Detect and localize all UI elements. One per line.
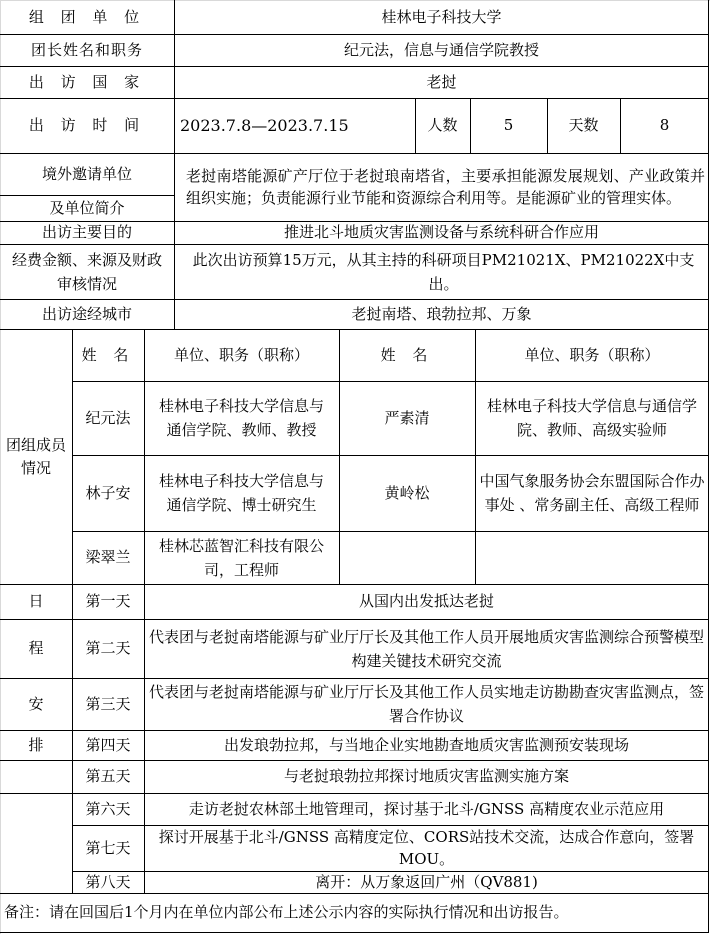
footer-note: 备注：请在回国后1个月内在单位内部公布上述公示内容的实际执行情况和出访报告。 — [0, 893, 709, 932]
member-unit: 桂林芯蓝智汇科技有限公司，工程师 — [144, 531, 339, 584]
member-unit-header-b: 单位、职务（职称） — [475, 329, 709, 381]
schedule-activity: 与老挝琅勃拉邦探讨地质灾害监测实施方案 — [144, 760, 709, 793]
cities-value: 老挝南塔、琅勃拉邦、万象 — [174, 299, 709, 329]
schedule-side-label: 安 — [0, 678, 72, 730]
member-name — [339, 531, 475, 584]
grid-line — [708, 0, 709, 933]
country-value: 老挝 — [174, 66, 709, 98]
grid-line — [0, 619, 709, 620]
member-name: 黄岭松 — [339, 455, 475, 531]
grid-line — [0, 932, 709, 933]
grid-line — [72, 329, 73, 893]
schedule-activity: 走访老挝农林部土地管理司，探讨基于北斗/GNSS 高精度农业示范应用 — [144, 793, 709, 825]
grid-line — [0, 678, 709, 679]
funding-label: 经费金额、来源及财政审核情况 — [0, 244, 174, 299]
grid-line — [72, 871, 709, 872]
schedule-activity: 从国内出发抵达老挝 — [144, 584, 709, 619]
schedule-day-label: 第三天 — [72, 678, 144, 730]
member-name: 严素清 — [339, 381, 475, 455]
schedule-activity: 离开：从万象返回广州（QV881) — [144, 871, 709, 893]
grid-line — [0, 195, 174, 196]
member-name: 纪元法 — [72, 381, 144, 455]
grid-line — [0, 244, 709, 245]
schedule-day-label: 第五天 — [72, 760, 144, 793]
schedule-side-label: 日 — [0, 584, 72, 619]
grid-line — [72, 455, 709, 456]
grid-line — [0, 893, 709, 894]
cities-label: 出访途经城市 — [0, 299, 174, 329]
days-count-label: 天数 — [547, 98, 620, 153]
member-unit: 中国气象服务协会东盟国际合作办事处 、常务副主任、高级工程师 — [475, 455, 709, 531]
grid-line — [0, 299, 709, 300]
grid-line — [0, 793, 709, 794]
inviter-value: 老挝南塔能源矿产厅位于老挝琅南塔省，主要承担能源发展规划、产业政策并组织实施；负… — [174, 153, 709, 221]
schedule-activity: 探讨开展基于北斗/GNSS 高精度定位、CORS站技术交流，达成合作意向，签署M… — [144, 825, 709, 871]
visit-time-value: 2023.7.8—2023.7.15 — [174, 98, 415, 153]
grid-line — [0, 329, 709, 330]
schedule-side-label: 程 — [0, 619, 72, 678]
leader-value: 纪元法，信息与通信学院教授 — [174, 34, 709, 66]
grid-line — [415, 98, 416, 153]
purpose-value: 推进北斗地质灾害监测设备与系统科研合作应用 — [174, 221, 709, 244]
schedule-day-label: 第七天 — [72, 825, 144, 871]
member-unit — [475, 531, 709, 584]
member-unit: 桂林电子科技大学信息与通信学院、教师、高级实验师 — [475, 381, 709, 455]
grid-line — [72, 531, 709, 532]
grid-line — [0, 760, 709, 761]
inviter-label-line1: 境外邀请单位 — [0, 153, 174, 195]
funding-value: 此次出访预算15万元，从其主持的科研项目PM21021X、PM21022X中支出… — [174, 244, 709, 299]
member-name-header-b: 姓 名 — [339, 329, 475, 381]
schedule-day-label: 第二天 — [72, 619, 144, 678]
grid-line — [620, 98, 621, 153]
org-unit-label: 组 团 单 位 — [0, 0, 174, 34]
org-unit-value: 桂林电子科技大学 — [174, 0, 709, 34]
grid-line — [0, 221, 709, 222]
grid-line — [174, 0, 175, 329]
people-count-value: 5 — [470, 98, 547, 153]
people-count-label: 人数 — [415, 98, 470, 153]
member-unit: 桂林电子科技大学信息与通信学院、教师、教授 — [144, 381, 339, 455]
grid-line — [144, 329, 145, 893]
member-name: 林子安 — [72, 455, 144, 531]
grid-line — [0, 66, 709, 67]
grid-line — [547, 98, 548, 153]
member-name-header-a: 姓 名 — [72, 329, 144, 381]
grid-line — [339, 329, 340, 584]
member-unit: 桂林电子科技大学信息与通信学院、博士研究生 — [144, 455, 339, 531]
inviter-label-line2: 及单位简介 — [0, 195, 174, 221]
grid-line — [72, 825, 709, 826]
grid-line — [0, 34, 709, 35]
grid-line — [470, 98, 471, 153]
schedule-activity: 代表团与老挝南塔能源与矿业厅厅长及其他工作人员开展地质灾害监测综合预警模型构建关… — [144, 619, 709, 678]
schedule-day-label: 第四天 — [72, 730, 144, 760]
member-unit-header-a: 单位、职务（职称） — [144, 329, 339, 381]
schedule-day-label: 第八天 — [72, 871, 144, 893]
visit-time-label: 出 访 时 间 — [0, 98, 174, 153]
schedule-activity: 代表团与老挝南塔能源与矿业厅厅长及其他工作人员实地走访勘勘查灾害监测点，签署合作… — [144, 678, 709, 730]
schedule-side-label: 排 — [0, 730, 72, 760]
schedule-day-label: 第一天 — [72, 584, 144, 619]
schedule-activity: 出发琅勃拉邦，与当地企业实地勘查地质灾害监测预安装现场 — [144, 730, 709, 760]
country-label: 出 访 国 家 — [0, 66, 174, 98]
leader-label: 团长姓名和职务 — [0, 34, 174, 66]
grid-line — [475, 329, 476, 584]
days-count-value: 8 — [620, 98, 709, 153]
grid-line — [72, 381, 709, 382]
grid-line — [0, 584, 709, 585]
grid-line — [0, 98, 709, 99]
member-name: 梁翠兰 — [72, 531, 144, 584]
members-section-label: 团组成员情况 — [0, 329, 72, 584]
grid-line — [0, 730, 709, 731]
schedule-day-label: 第六天 — [72, 793, 144, 825]
purpose-label: 出访主要目的 — [0, 221, 174, 244]
grid-line — [0, 153, 709, 154]
